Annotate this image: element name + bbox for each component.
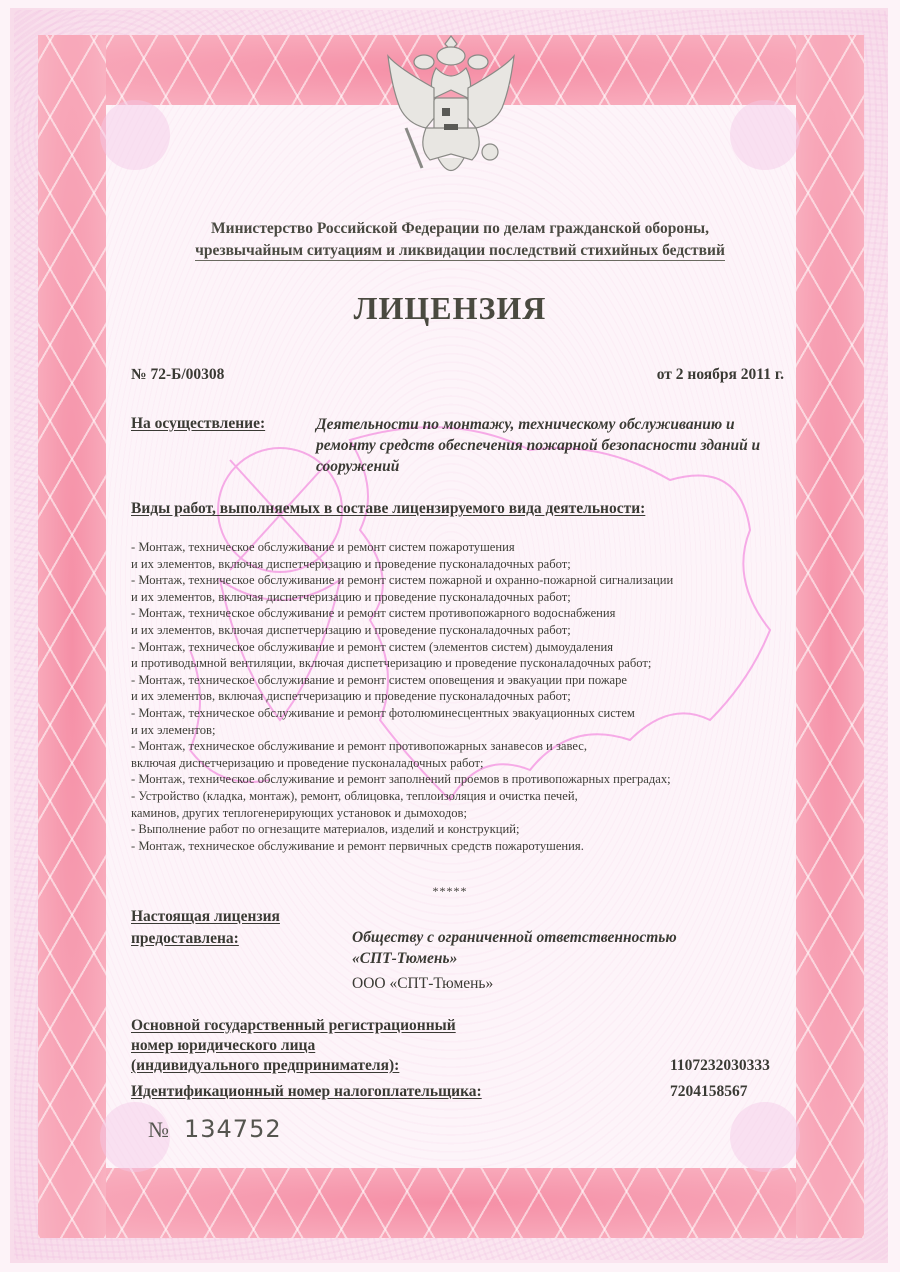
inn-label: Идентификационный номер налогоплательщик… [131,1083,482,1101]
license-number: № 72-Б/00308 [131,366,224,384]
purpose-text: Деятельности по монтажу, техническому об… [316,414,786,477]
ministry-name-line1: Министерство Российской Федерации по дел… [130,218,790,240]
frame-band-right [796,35,864,1238]
works-list-item: - Монтаж, техническое обслуживание и рем… [131,838,791,855]
serial-value: 134752 [184,1115,282,1143]
ogrn-value: 1107232030333 [670,1057,770,1075]
granted-label-line2: предоставлена: [131,928,280,950]
frame-corner-ornament [730,1102,800,1172]
inn-value: 7204158567 [670,1083,748,1101]
licensee-full-name-line2: «СПТ-Тюмень» [352,948,772,969]
works-heading: Виды работ, выполняемых в составе лиценз… [131,500,645,518]
licensee-full-name-line1: Обществу с ограниченной ответственностью [352,927,772,948]
works-list-item: - Устройство (кладка, монтаж), ремонт, о… [131,788,791,821]
works-list-item: - Монтаж, техническое обслуживание и рем… [131,572,791,605]
works-list-item: - Монтаж, техническое обслуживание и рем… [131,738,791,771]
frame-band-bottom [38,1168,864,1238]
ministry-name-line2: чрезвычайным ситуациям и ликвидации посл… [195,242,725,261]
works-list-item: - Монтаж, техническое обслуживание и рем… [131,639,791,672]
licensee-short-name: ООО «СПТ-Тюмень» [352,975,493,993]
form-serial-number: №134752 [148,1115,282,1143]
ogrn-label-line3: (индивидуального предпринимателя): [131,1056,456,1076]
works-list-item: - Монтаж, техническое обслуживание и рем… [131,771,791,788]
ogrn-label: Основной государственный регистрационный… [131,1016,456,1076]
frame-corner-ornament [730,100,800,170]
frame-band-left [38,35,106,1238]
ogrn-label-line2: номер юридического лица [131,1036,456,1056]
works-list-item: - Монтаж, техническое обслуживание и рем… [131,705,791,738]
ministry-name: Министерство Российской Федерации по дел… [130,218,790,262]
ogrn-label-line1: Основной государственный регистрационный [131,1016,456,1036]
serial-prefix: № [148,1117,170,1142]
document-title: ЛИЦЕНЗИЯ [300,290,600,327]
works-list-item: - Монтаж, техническое обслуживание и рем… [131,672,791,705]
license-date: от 2 ноября 2011 г. [620,366,784,384]
licensee-full-name: Обществу с ограниченной ответственностью… [352,927,772,969]
purpose-label: На осуществление: [131,415,265,433]
works-list-item: - Выполнение работ по огнезащите материа… [131,821,791,838]
works-list-item: - Монтаж, техническое обслуживание и рем… [131,539,791,572]
section-separator: ***** [430,884,470,899]
frame-corner-ornament [100,100,170,170]
granted-label: Настоящая лицензия предоставлена: [131,906,280,950]
works-list-item: - Монтаж, техническое обслуживание и рем… [131,605,791,638]
works-list: - Монтаж, техническое обслуживание и рем… [131,539,791,854]
russian-coat-of-arms-icon [378,28,524,188]
granted-label-line1: Настоящая лицензия [131,906,280,928]
